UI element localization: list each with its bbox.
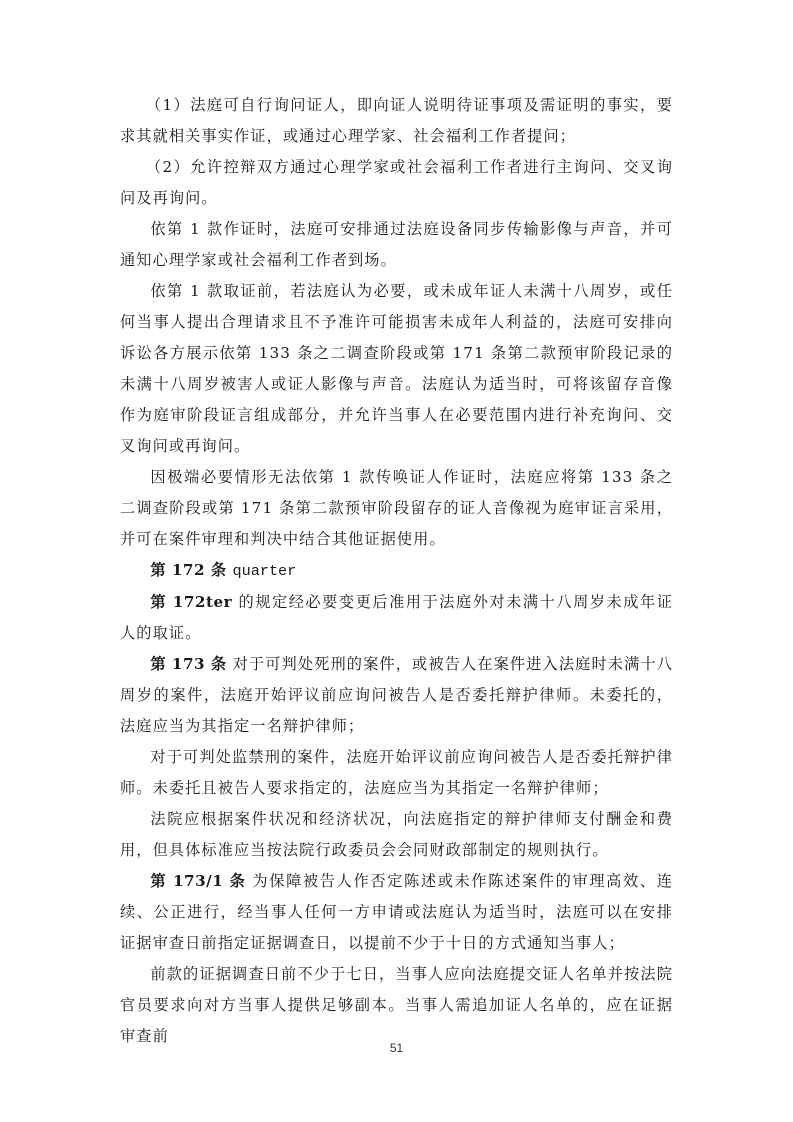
paragraph-witness-list: 前款的证据调查日前不少于七日，当事人应向法庭提交证人名单并按法院官员要求向对方当… bbox=[120, 959, 673, 1052]
paragraph-counsel-fees: 法院应根据案件状况和经济状况，向法庭指定的辩护律师支付酬金和费用，但具体标准应当… bbox=[120, 804, 673, 866]
article-suffix: quarter bbox=[232, 562, 296, 580]
article-number: 第 172 条 bbox=[150, 561, 226, 579]
paragraph-testimony-transmission: 依第 1 款作证时，法庭可安排通过法庭设备同步传输影像与声音，并可通知心理学家或… bbox=[120, 214, 673, 276]
paragraph-item-2: （2）允许控辩双方通过心理学家或社会福利工作者进行主询问、交叉询问及再询问。 bbox=[120, 152, 673, 214]
document-body: （1）法庭可自行询问证人，即向证人说明待证事项及需证明的事实，要求其就相关事实作… bbox=[120, 90, 673, 1052]
article-172-quarter: 第 172 条 quarter bbox=[120, 555, 673, 587]
paragraph-item-1: （1）法庭可自行询问证人，即向证人说明待证事项及需证明的事实，要求其就相关事实作… bbox=[120, 90, 673, 152]
paragraph-imprisonment-counsel: 对于可判处监禁刑的案件，法庭开始评议前应询问被告人是否委托辩护律师。未委托且被告… bbox=[120, 742, 673, 804]
document-page: （1）法庭可自行询问证人，即向证人说明待证事项及需证明的事实，要求其就相关事实作… bbox=[0, 0, 793, 1122]
article-number: 第 173 条 bbox=[150, 655, 226, 673]
paragraph-extreme-necessity: 因极端必要情形无法依第 1 款传唤证人作证时，法庭应将第 133 条之二调查阶段… bbox=[120, 462, 673, 555]
article-172ter-reference: 第 172ter 的规定经必要变更后准用于法庭外对未满十八周岁未成年证人的取证。 bbox=[120, 587, 673, 649]
article-number: 第 173/1 条 bbox=[150, 872, 246, 890]
article-173: 第 173 条 对于可判处死刑的案件，或被告人在案件进入法庭时未满十八周岁的案件… bbox=[120, 649, 673, 742]
article-number: 第 172ter bbox=[150, 593, 232, 611]
article-173-1: 第 173/1 条 为保障被告人作否定陈述或未作陈述案件的审理高效、连续、公正进… bbox=[120, 866, 673, 959]
paragraph-pre-evidence-recording: 依第 1 款取证前，若法庭认为必要，或未成年证人未满十八周岁，或任何当事人提出合… bbox=[120, 276, 673, 462]
page-number: 51 bbox=[0, 1041, 793, 1055]
